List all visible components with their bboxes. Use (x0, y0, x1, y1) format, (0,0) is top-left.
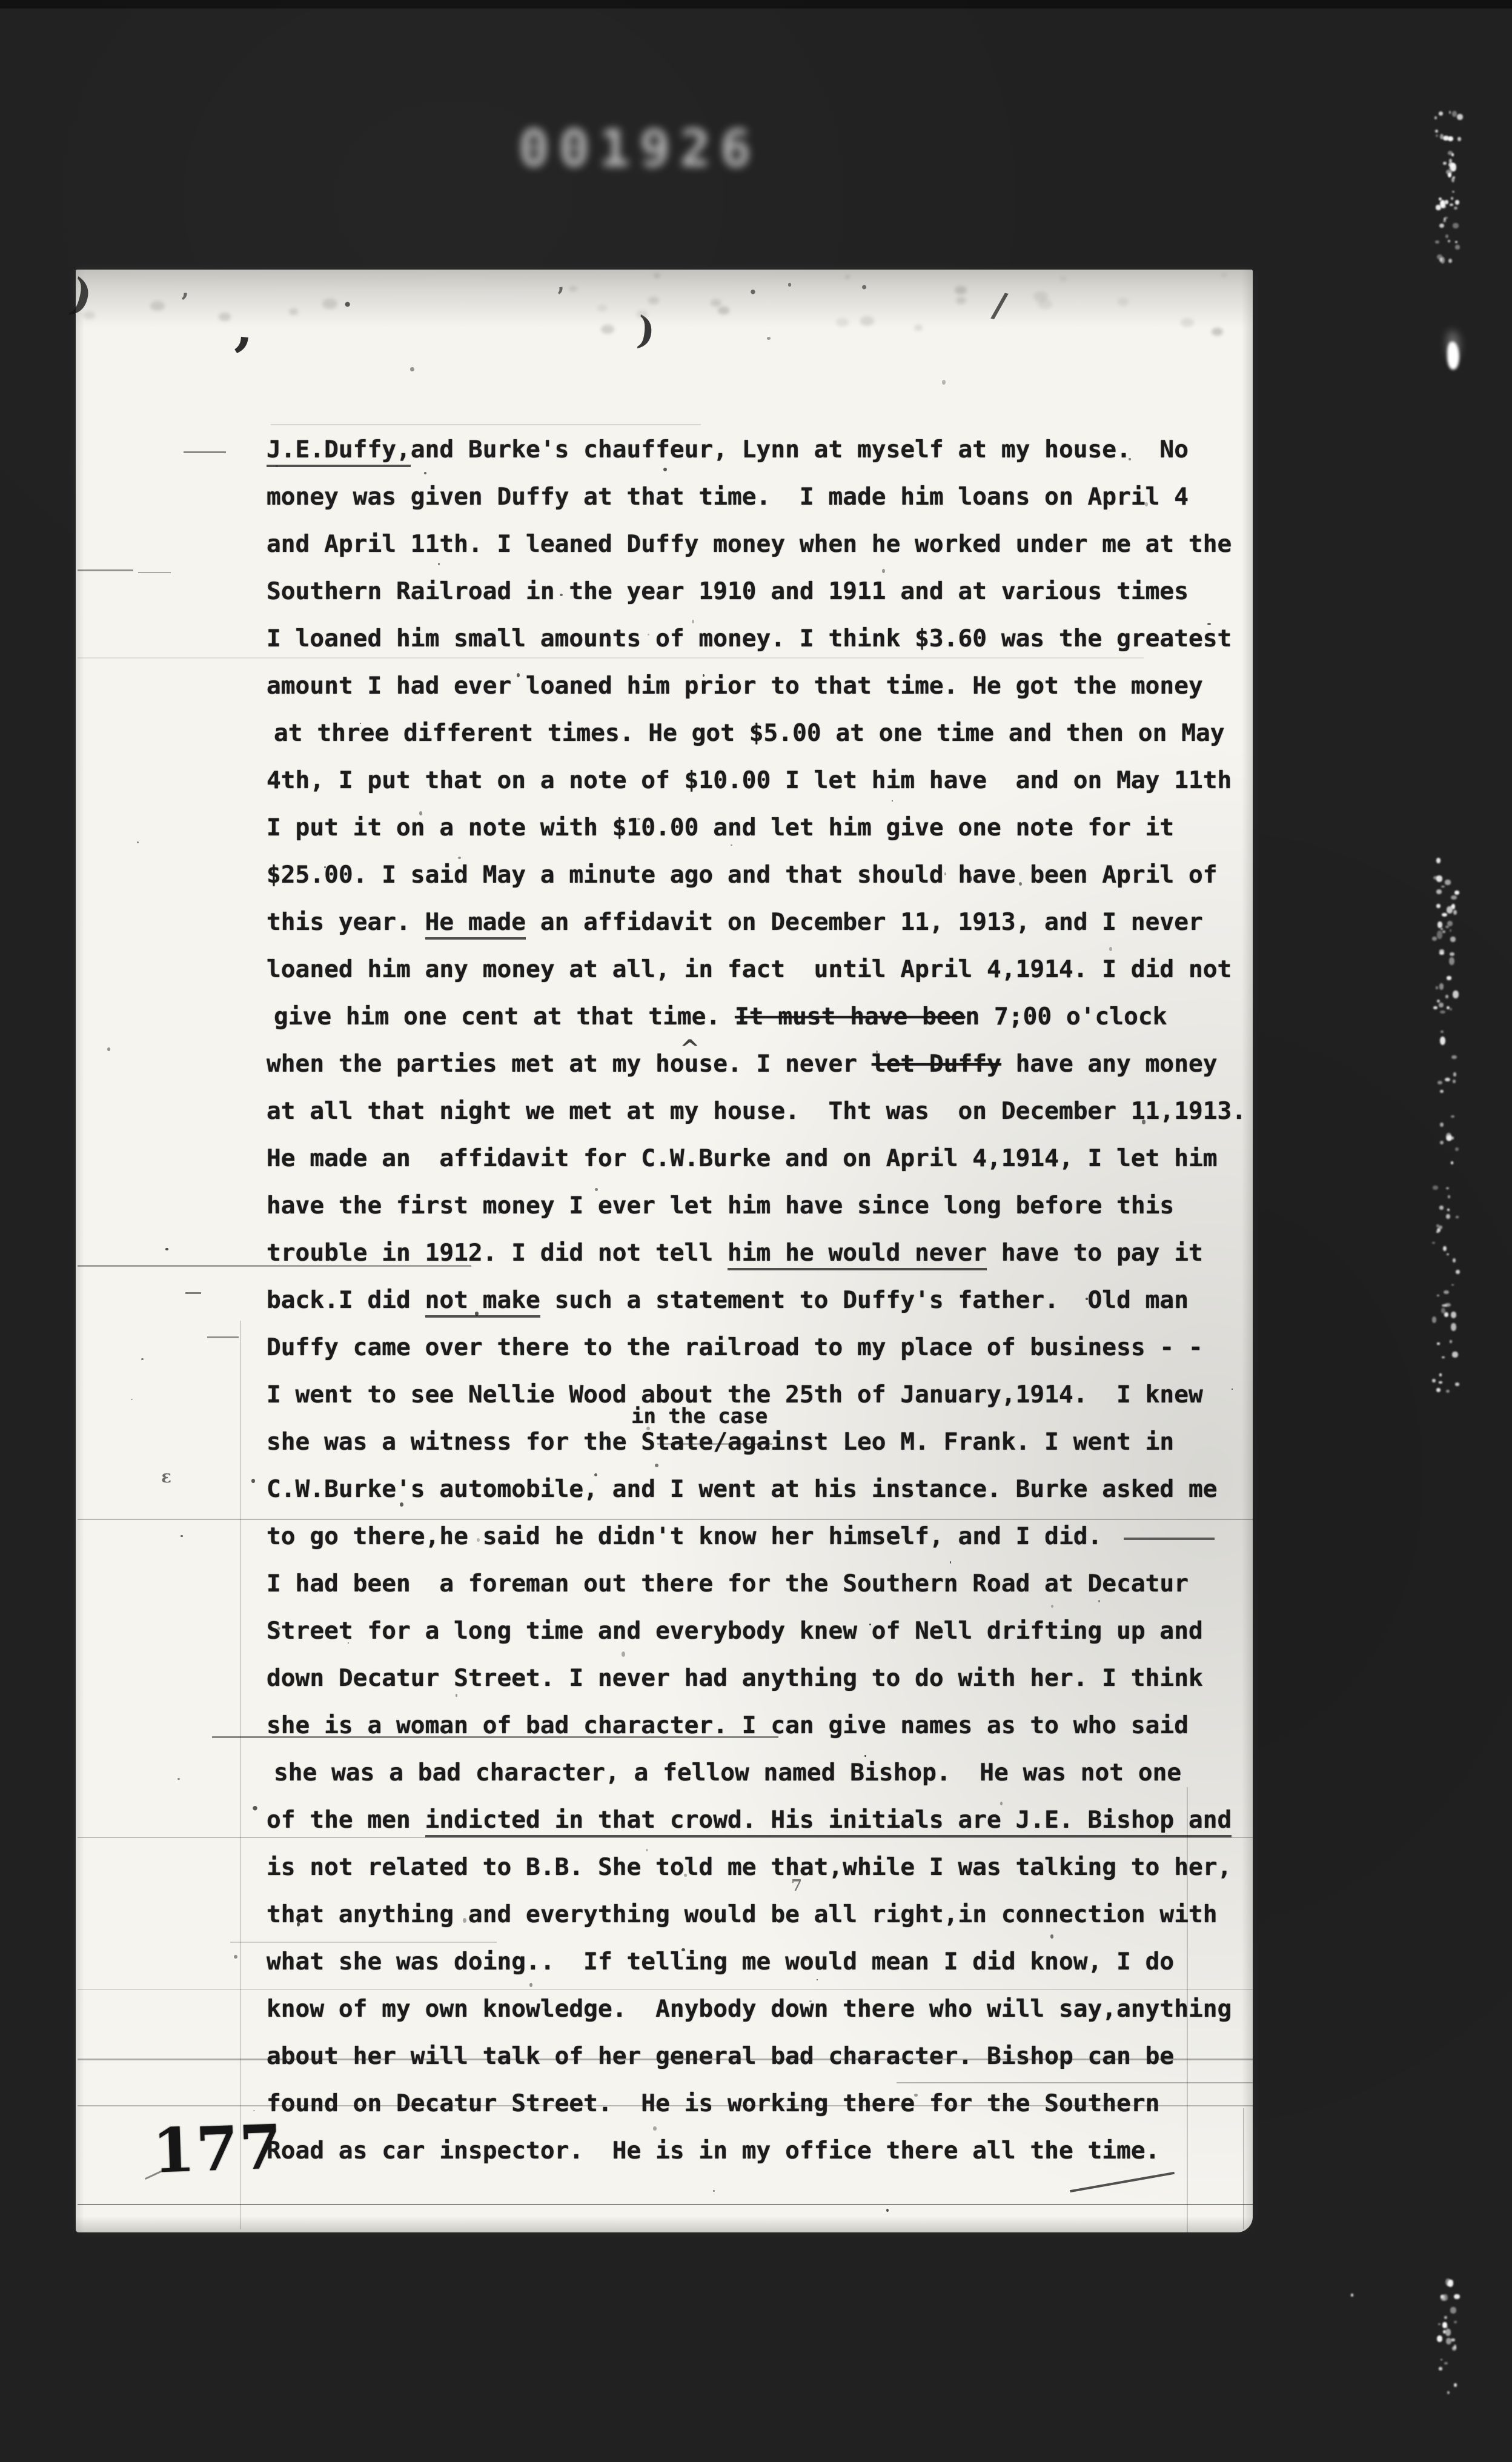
text-line: she was a bad character, a fellow named … (274, 1759, 1181, 1787)
ink-mark: . (860, 270, 868, 293)
underlined-text: J.E.Duffy, (267, 436, 411, 467)
film-scratch-blob (1447, 342, 1459, 370)
artifact-line (271, 424, 701, 425)
paper-blotch (597, 305, 607, 311)
ink-mark: . (343, 285, 352, 311)
text-line: J.E.Duffy,and Burke's chauffeur, Lynn at… (267, 436, 1189, 463)
dust-speck (692, 620, 694, 623)
text-line: Southern Railroad in the year 1910 and 1… (267, 577, 1189, 605)
film-scratch-speck (1433, 876, 1439, 880)
dust-speck (1129, 458, 1130, 461)
dust-speck (1142, 1120, 1146, 1124)
dust-speck (767, 337, 771, 339)
dust-speck (419, 811, 422, 815)
film-scratch-speck (1451, 1115, 1454, 1118)
film-scratch-speck (1445, 880, 1450, 884)
film-scratch-speck (1450, 1340, 1451, 1342)
text-line: money was given Duffy at that time. I ma… (267, 483, 1189, 511)
dust-speck (655, 1464, 658, 1467)
film-scratch-speck (1452, 1352, 1458, 1358)
dust-speck (906, 2051, 908, 2053)
artifact-line (1124, 1538, 1215, 1540)
film-scratch-speck (1439, 111, 1443, 116)
text-segment: amount I had ever loaned him prior to th… (267, 672, 1203, 700)
text-segment: know of my own knowledge. Anybody down t… (267, 1995, 1232, 2023)
artifact-line (185, 1292, 201, 1294)
film-scratch-speck (1436, 1224, 1439, 1227)
paper-blotch (1038, 299, 1052, 310)
film-scratch-speck (1445, 200, 1448, 204)
text-line: I had been a foreman out there for the S… (267, 1570, 1189, 1598)
dust-speck (181, 1535, 183, 1537)
film-scratch-speck (1447, 976, 1451, 980)
text-segment: Duffy came over there to the railroad to… (267, 1333, 1203, 1361)
dust-speck (137, 841, 139, 843)
dust-speck (637, 818, 640, 820)
dust-speck (1051, 1605, 1053, 1608)
film-scratch-speck (1451, 1136, 1454, 1140)
ink-mark: ε (161, 1468, 171, 1485)
artifact-line (207, 1336, 239, 1338)
film-scratch-speck (1439, 1206, 1444, 1210)
dust-speck (594, 1473, 597, 1476)
film-scratch-speck (1439, 1381, 1443, 1384)
film-scratch-speck (1445, 926, 1449, 928)
dust-speck (1145, 502, 1149, 506)
film-scratch-speck (1439, 2367, 1442, 2370)
underlined-text: him he would never (728, 1239, 987, 1270)
film-scratch-speck (1454, 2321, 1456, 2323)
underlined-text: not make (425, 1286, 540, 1318)
text-segment: trouble in 1912. I did not tell (267, 1239, 728, 1267)
dust-speck (400, 1502, 403, 1507)
text-segment: what she was doing.. If telling me would… (267, 1948, 1174, 1976)
film-scratch-speck (1445, 1078, 1450, 1081)
paper-blotch (914, 325, 923, 331)
film-scratch-speck (1451, 1055, 1457, 1060)
film-scratch-speck (1440, 1123, 1444, 1127)
text-segment: an affidavit on December 11, 1913, and I… (526, 908, 1203, 936)
artifact-line (1187, 1787, 1188, 2232)
film-scratch-speck (1436, 889, 1442, 894)
artifact-line (212, 1736, 778, 1738)
artifact-line (78, 2204, 1253, 2205)
film-scratch-speck (1432, 1316, 1437, 1322)
film-scratch-speck (1440, 1141, 1444, 1144)
dust-speck (1086, 1298, 1088, 1299)
film-scratch-speck (1445, 234, 1448, 238)
inserted-correction-text: in the case (631, 1404, 768, 1428)
paper-blotch (150, 301, 164, 311)
film-scratch-speck (1439, 983, 1444, 989)
text-line: $25.00. I said May a minute ago and that… (267, 861, 1218, 889)
film-scratch-speck (1442, 913, 1447, 917)
text-segment: I loaned him small amounts of money. I t… (267, 625, 1232, 652)
film-scratch-speck (1434, 116, 1437, 119)
dust-speck (1232, 1389, 1233, 1390)
dust-speck (251, 1479, 255, 1482)
film-scratch-speck (1454, 2344, 1456, 2348)
artifact-line (230, 1942, 497, 1943)
ink-mark: ^ (680, 1037, 700, 1061)
paper-blotch (648, 297, 658, 304)
text-segment: when the parties met at my house. I neve… (267, 1050, 872, 1078)
film-scratch-speck (1442, 1304, 1447, 1307)
text-segment: have the first money I ever let him have… (267, 1192, 1174, 1219)
dust-speck (253, 2110, 255, 2111)
text-segment: Southern Railroad in the year 1910 and 1… (267, 577, 1189, 605)
text-segment: and April 11th. I leaned Duffy money whe… (267, 530, 1232, 558)
film-scratch-speck (1446, 2326, 1448, 2328)
dust-speck (580, 2108, 582, 2110)
film-scratch-speck (1444, 2316, 1448, 2319)
ink-mark: . (749, 274, 757, 298)
film-scratch-speck (1451, 2280, 1453, 2281)
film-scratch-speck (1441, 1030, 1444, 1033)
film-scratch-speck (1448, 259, 1453, 263)
film-scratch-speck (1449, 957, 1454, 966)
film-scratch-speck (1450, 1008, 1452, 1010)
film-scratch-speck (1448, 240, 1450, 242)
film-scratch-speck (1433, 1006, 1437, 1010)
text-line: and April 11th. I leaned Duffy money whe… (267, 530, 1232, 558)
dust-speck (141, 1358, 144, 1360)
dust-speck (716, 1535, 718, 1537)
text-line: He made an affidavit for C.W.Burke and o… (267, 1144, 1218, 1172)
film-scratch-speck (1455, 1382, 1459, 1386)
film-scratch-speck (1454, 2383, 1457, 2387)
dust-speck (318, 828, 322, 832)
film-scratch-speck (1443, 136, 1449, 141)
film-scratch-speck (1451, 904, 1455, 909)
paper-blotch (955, 286, 967, 294)
film-scratch-speck (1433, 1186, 1438, 1190)
film-scratch-speck (1440, 1037, 1446, 1045)
artifact-line (657, 1443, 772, 1445)
film-scratch-speck (1444, 1290, 1449, 1295)
film-scratch-speck (1441, 886, 1445, 888)
text-line: Street for a long time and everybody kne… (267, 1617, 1203, 1645)
text-segment: found on Decatur Street. He is working t… (267, 2089, 1159, 2117)
paper-blotch (637, 310, 648, 318)
artifact-line (78, 569, 133, 571)
page-number: 177 (151, 2111, 284, 2186)
film-scratch-speck (1446, 1390, 1450, 1393)
text-line: Road as car inspector. He is in my offic… (267, 2137, 1159, 2165)
film-scratch-speck (1444, 1312, 1448, 1317)
text-line: she is a woman of bad character. I can g… (267, 1711, 1189, 1739)
text-segment: and Burke's chauffeur, Lynn at myself at… (411, 436, 1189, 463)
ink-mark: 7 (791, 1878, 802, 1894)
film-scratch-speck (1445, 995, 1448, 998)
film-scratch-speck (1441, 1308, 1445, 1313)
text-line: to go there,he said he didn't know her h… (267, 1522, 1102, 1550)
dust-speck (438, 563, 440, 565)
film-scratch-speck (1444, 2362, 1448, 2364)
paper-blotch (289, 308, 298, 315)
dust-speck (560, 594, 563, 597)
text-segment: to go there,he said he didn't know her h… (267, 1522, 1102, 1550)
film-scratch-speck (1448, 173, 1452, 178)
text-segment: she is a woman of bad character. I can g… (267, 1711, 1189, 1739)
paper-blotch (860, 316, 874, 326)
film-scratch-speck (1451, 1161, 1453, 1164)
text-segment: loaned him any money at all, in fact unt… (267, 955, 1232, 983)
text-segment: of the men (267, 1806, 425, 1834)
dust-speck (950, 1561, 951, 1564)
text-segment: have any money (1001, 1050, 1218, 1078)
film-scratch-speck (1436, 986, 1438, 989)
dust-speck (646, 1427, 649, 1430)
artifact-line (78, 1519, 1253, 1520)
text-segment: C.W.Burke's automobile, and I went at hi… (267, 1475, 1218, 1503)
text-line: when the parties met at my house. I neve… (267, 1050, 1218, 1078)
text-line: she was a witness for the State/against … (267, 1428, 1174, 1456)
dust-speck (410, 367, 414, 371)
underlined-text: He made (425, 908, 526, 940)
text-segment: $25.00. I said May a minute ago and that… (267, 861, 1218, 889)
film-scratch-speck (1452, 191, 1454, 193)
film-scratch-speck (1453, 1258, 1456, 1263)
text-segment: 4th, I put that on a note of $10.00 I le… (267, 766, 1232, 794)
text-line: trouble in 1912. I did not tell him he w… (267, 1239, 1203, 1267)
text-line: loaned him any money at all, in fact unt… (267, 955, 1232, 983)
film-scratch-speck (1452, 111, 1456, 117)
film-scratch-speck (1436, 134, 1439, 137)
text-line: I put it on a note with $10.00 and let h… (267, 814, 1174, 841)
text-line: about her will talk of her general bad c… (267, 2042, 1174, 2070)
dust-speck (622, 1651, 625, 1657)
dust-speck (463, 1918, 466, 1922)
film-scratch-speck (1447, 1253, 1449, 1255)
ink-mark: · (251, 1797, 259, 1821)
artifact-line (78, 1837, 1253, 1838)
text-line: what she was doing.. If telling me would… (267, 1948, 1174, 1976)
film-scratch-speck (1450, 204, 1453, 206)
film-scratch-speck (1437, 931, 1442, 938)
text-segment: back.I did (267, 1286, 425, 1314)
text-line: Duffy came over there to the railroad to… (267, 1333, 1203, 1361)
text-segment: Road as car inspector. He is in my offic… (267, 2137, 1159, 2165)
film-scratch-speck (1437, 1342, 1440, 1345)
text-line: C.W.Burke's automobile, and I went at hi… (267, 1475, 1218, 1503)
dust-speck (131, 1399, 133, 1400)
artifact-line (897, 2082, 1254, 2083)
dust-speck (684, 1874, 687, 1876)
dust-speck (1109, 947, 1112, 951)
artifact-line (78, 1265, 471, 1267)
film-scratch-speck (1441, 2359, 1443, 2360)
text-segment: n 7;00 o'clock (966, 1003, 1167, 1030)
film-scratch-speck (1438, 2323, 1441, 2325)
text-line: I loaned him small amounts of money. I t… (267, 625, 1232, 652)
film-scratch-speck (1447, 1209, 1450, 1211)
ink-mark: ’ (181, 291, 189, 315)
film-scratch-speck (1451, 1312, 1456, 1318)
text-line: down Decatur Street. I never had anythin… (267, 1664, 1203, 1692)
film-scratch-speck (1455, 1147, 1459, 1151)
text-segment: Street for a long time and everybody kne… (267, 1617, 1203, 1645)
film-scratch-speck (1447, 2391, 1450, 2394)
film-scratch-speck (1442, 931, 1445, 933)
film-scratch-speck (1437, 1295, 1439, 1296)
text-segment: she was a witness for the State/against … (267, 1428, 1174, 1456)
artifact-line (184, 451, 226, 453)
paper-blotch (956, 297, 966, 304)
text-line: that anything and everything would be al… (267, 1900, 1218, 1928)
text-line: at three different times. He got $5.00 a… (274, 719, 1225, 747)
text-segment: she was a bad character, a fellow named … (274, 1759, 1181, 1787)
film-scratch-speck (1445, 2329, 1450, 2336)
artifact-line (138, 572, 171, 573)
film-scratch-speck (1455, 245, 1460, 250)
paper-blotch (1060, 276, 1066, 280)
dust-speck (892, 800, 893, 801)
film-scratch-speck (1441, 928, 1442, 931)
film-scratch-speck (1457, 137, 1461, 141)
text-line: amount I had ever loaned him prior to th… (267, 672, 1203, 700)
text-segment: that anything and everything would be al… (267, 1900, 1218, 1928)
text-segment: is not related to B.B. She told me that,… (267, 1853, 1232, 1881)
film-scratch-speck (1435, 130, 1439, 133)
text-line: give him one cent at that time. It must … (274, 1003, 1167, 1030)
film-scratch-speck (1448, 151, 1453, 155)
paper-blotch (845, 275, 850, 278)
text-segment: He made an affidavit for C.W.Burke and o… (267, 1144, 1218, 1172)
film-scratch-speck (1436, 904, 1441, 908)
text-segment: I had been a foreman out there for the S… (267, 1570, 1189, 1598)
dust-speck (788, 283, 791, 286)
film-scratch-speck (1443, 162, 1447, 165)
film-scratch-speck (1442, 1356, 1445, 1359)
dust-speck (529, 1983, 532, 1987)
film-scratch-speck (1437, 1081, 1442, 1084)
text-line: have the first money I ever let him have… (267, 1192, 1174, 1219)
film-scratch-speck (1456, 1270, 1460, 1275)
film-scratch-speck (1440, 1010, 1445, 1014)
film-scratch-speck (1453, 990, 1459, 998)
film-scratch-speck (1437, 921, 1442, 928)
text-line: is not related to B.B. She told me that,… (267, 1853, 1232, 1881)
film-scratch-speck (1437, 2335, 1442, 2342)
film-scratch-speck (1439, 258, 1442, 262)
struck-text: let Duffy (872, 1050, 1001, 1078)
film-scratch-speck (1450, 929, 1451, 931)
film-scratch-speck (1432, 937, 1437, 941)
dust-speck (348, 1642, 349, 1644)
dust-speck (1068, 1578, 1071, 1581)
film-scratch-speck (1437, 1228, 1441, 1232)
dust-speck (1098, 1600, 1101, 1602)
text-line: of the men indicted in that crowd. His i… (267, 1806, 1232, 1834)
film-scratch-speck (1440, 1090, 1444, 1093)
paper-blotch (1118, 298, 1129, 306)
film-scratch-speck (1453, 910, 1457, 915)
film-scratch-speck (1451, 2338, 1454, 2341)
text-line: found on Decatur Street. He is working t… (267, 2089, 1159, 2117)
film-scratch-speck (1450, 937, 1456, 942)
artifact-line (78, 2059, 1253, 2060)
dust-speck (456, 1694, 458, 1696)
film-scratch-speck (1451, 197, 1453, 200)
film-scratch-speck (1455, 241, 1457, 244)
dust-speck (886, 2209, 889, 2212)
text-line: 4th, I put that on a note of $10.00 I le… (267, 766, 1232, 794)
film-scratch-speck (1451, 1284, 1454, 1286)
film-scratch-speck (1456, 1216, 1459, 1218)
film-scratch-speck (1454, 2294, 1459, 2299)
film-scratch-speck (1448, 1195, 1450, 1198)
text-line: at all that night we met at my house. Th… (267, 1097, 1246, 1125)
film-scratch-speck (1445, 2278, 1451, 2286)
film-scratch-speck (1435, 241, 1439, 244)
film-scratch-speck (1454, 891, 1459, 895)
dust-speck (809, 2000, 812, 2002)
film-scratch-speck (1451, 895, 1457, 900)
text-segment: I put it on a note with $10.00 and let h… (267, 814, 1174, 841)
dust-speck (663, 468, 667, 471)
text-line: back.I did not make such a statement to … (267, 1286, 1189, 1314)
film-scratch-speck (1432, 1242, 1435, 1244)
microfilm-scan-frame: 001926 J.E.Duffy,and Burke's chauffeur, … (0, 0, 1512, 2462)
paper-blotch (1181, 318, 1194, 327)
dust-speck (234, 1955, 237, 1959)
frame-number-stamp: 001926 (519, 119, 760, 178)
film-scratch-speck (1453, 223, 1459, 228)
film-scratch-speck (1454, 207, 1457, 210)
dust-speck (804, 1959, 807, 1961)
artifact-line (78, 1989, 1253, 1990)
dust-speck (475, 1312, 479, 1315)
artifact-line (78, 2105, 1253, 2106)
film-scratch-speck (1453, 1080, 1456, 1083)
text-segment: at all that night we met at my house. Th… (267, 1097, 1246, 1125)
film-scratch-speck (1432, 1379, 1436, 1382)
underlined-text: indicted in that crowd. His initials are… (425, 1806, 1232, 1837)
film-scratch-speck (1453, 1072, 1456, 1077)
dust-speck (107, 1047, 110, 1052)
dust-speck (1050, 1934, 1054, 1939)
film-scratch-speck (1451, 1323, 1456, 1331)
film-scratch-speck (1351, 2294, 1353, 2297)
artifact-line (1243, 2108, 1244, 2229)
film-scratch-speck (1455, 200, 1460, 205)
film-scratch-speck (1457, 114, 1463, 120)
dust-speck (869, 1624, 870, 1625)
film-scratch-speck (1449, 111, 1451, 113)
dust-speck (882, 569, 885, 573)
artifact-line (240, 1321, 241, 2229)
film-scratch-speck (1450, 952, 1454, 957)
paper-blotch (322, 299, 337, 309)
text-segment: about her will talk of her general bad c… (267, 2042, 1174, 2070)
film-scratch-speck (1446, 1214, 1450, 1219)
film-scratch-speck (1443, 1246, 1447, 1251)
film-scratch-speck (1451, 178, 1455, 182)
struck-text: It must have bee (735, 1003, 966, 1030)
dust-speck (653, 2126, 657, 2131)
text-line: this year. He made an affidavit on Decem… (267, 908, 1203, 936)
film-scratch-speck (1436, 858, 1441, 863)
film-scratch-speck (1439, 1003, 1444, 1007)
film-scratch-speck (1436, 1388, 1441, 1392)
dust-speck (914, 2094, 918, 2097)
text-segment: at three different times. He got $5.00 a… (274, 719, 1225, 747)
text-segment: have to pay it (987, 1239, 1203, 1267)
film-scratch-speck (1450, 2307, 1456, 2314)
text-segment: down Decatur Street. I never had anythin… (267, 1664, 1203, 1692)
film-scratch-speck (1446, 1187, 1448, 1189)
